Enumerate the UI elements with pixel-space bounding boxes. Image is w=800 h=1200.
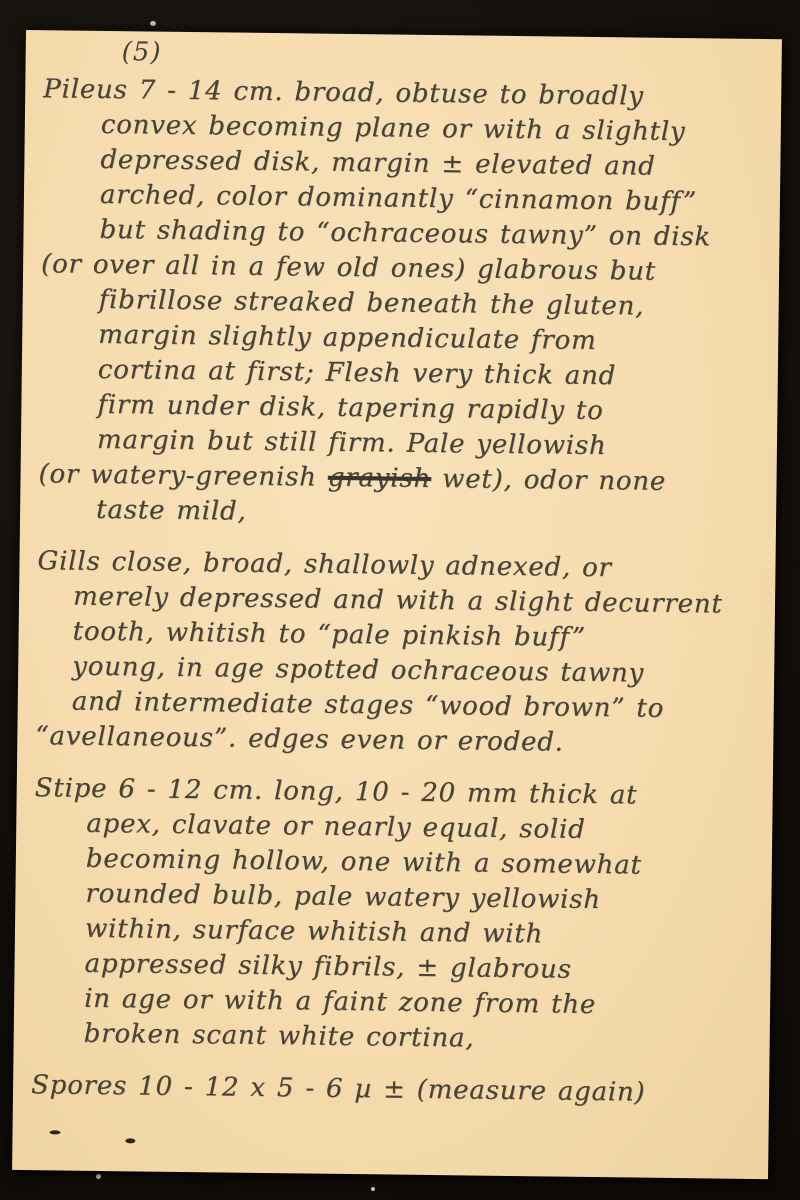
page-number: (5) <box>122 37 162 67</box>
text-after-strike: wet), odor none <box>431 464 666 497</box>
note-line: Spores 10 - 12 x 5 - 6 µ ± (measure agai… <box>31 1068 759 1112</box>
lint-speck <box>371 1187 375 1191</box>
note-line: broken scant white cortina, <box>32 1016 760 1060</box>
struck-word: grayish <box>328 463 432 494</box>
photo-background: (5) Pileus 7 - 14 cm. broad, obtuse to b… <box>0 0 800 1200</box>
paragraph-spores: Spores 10 - 12 x 5 - 6 µ ± (measure agai… <box>31 1068 759 1112</box>
lint-speck <box>150 21 156 26</box>
card-speck <box>125 1138 135 1143</box>
paragraph-stipe: Stipe 6 - 12 cm. long, 10 - 20 mm thick … <box>32 771 763 1060</box>
card-speck <box>50 1130 61 1134</box>
handwritten-text: Pileus 7 - 14 cm. broad, obtuse to broad… <box>31 72 772 1129</box>
text-before-strike: (or watery-greenish <box>38 459 328 493</box>
paragraph-gills: Gills close, broad, shallowly adnexed, o… <box>35 544 766 763</box>
note-card: (5) Pileus 7 - 14 cm. broad, obtuse to b… <box>12 30 782 1179</box>
lint-speck <box>96 1174 101 1179</box>
paragraph-pileus: Pileus 7 - 14 cm. broad, obtuse to broad… <box>38 72 772 536</box>
